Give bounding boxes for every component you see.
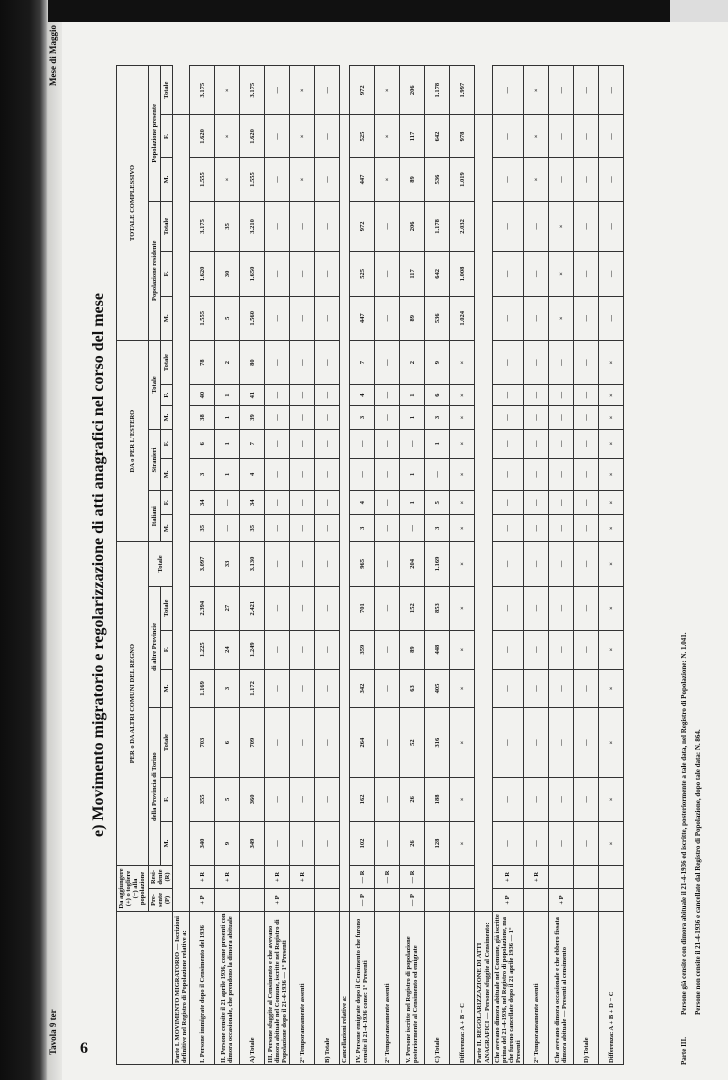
value-cell: × — [549, 296, 574, 340]
value-cell: — — [574, 669, 599, 708]
value-cell: — — [492, 66, 524, 115]
value-cell: 264 — [350, 708, 375, 778]
value-cell: 40 — [190, 385, 215, 406]
col-m: M. — [160, 158, 172, 201]
col-m: M. — [160, 406, 172, 430]
value-cell: 3 — [425, 515, 450, 542]
value-cell: 6 — [425, 385, 450, 406]
value-cell: — — [524, 669, 549, 708]
value-cell: × — [524, 66, 549, 115]
value-cell: — — [265, 429, 290, 458]
value-cell: 1 — [215, 406, 240, 430]
sign-presente — [240, 889, 265, 912]
col-m: M. — [160, 515, 172, 542]
value-cell: 2.421 — [240, 586, 265, 630]
value-cell: 39 — [240, 406, 265, 430]
value-cell: — — [524, 458, 549, 491]
value-cell: × — [375, 66, 400, 115]
value-cell: 26 — [400, 821, 425, 865]
row-label: Parte I. MOVIMENTO MIGRATORIO — Iscrizio… — [172, 912, 189, 1065]
value-cell: 3.175 — [190, 201, 215, 252]
footnote-label: Parte III. — [680, 1037, 688, 1065]
value-cell: — — [524, 542, 549, 586]
book-binding — [0, 0, 48, 1080]
value-cell: — — [574, 458, 599, 491]
page-gutter — [48, 22, 62, 1080]
value-cell: — — [290, 296, 315, 340]
col-f: F. — [160, 385, 172, 406]
value-cell: 204 — [400, 542, 425, 586]
value-cell: 152 — [400, 586, 425, 630]
value-cell: 6 — [215, 708, 240, 778]
value-cell: — — [492, 586, 524, 630]
value-cell: — — [492, 158, 524, 201]
sign-residente — [315, 866, 340, 889]
value-cell: 7 — [350, 340, 375, 384]
value-cell: 1 — [215, 458, 240, 491]
value-cell: — — [290, 669, 315, 708]
value-cell: × — [215, 158, 240, 201]
value-cell: 206 — [400, 201, 425, 252]
sign-presente — [450, 889, 475, 912]
sign-presente: — P — [350, 889, 375, 912]
value-cell: — — [400, 429, 425, 458]
value-cell: 117 — [400, 252, 425, 296]
value-cell: 1.178 — [425, 201, 450, 252]
value-cell: × — [450, 340, 475, 384]
value-cell: — — [492, 385, 524, 406]
value-cell: × — [599, 458, 624, 491]
value-cell: — — [492, 515, 524, 542]
value-cell: 35 — [215, 201, 240, 252]
row-label: B) Totale — [315, 912, 340, 1065]
value-cell: 3.130 — [240, 542, 265, 586]
value-cell: 342 — [350, 669, 375, 708]
value-cell: 3 — [215, 669, 240, 708]
value-cell: — — [290, 340, 315, 384]
value-cell: × — [599, 777, 624, 821]
value-cell: — — [265, 491, 290, 515]
value-cell: — — [524, 708, 549, 778]
value-cell: — — [290, 201, 315, 252]
value-cell: × — [450, 586, 475, 630]
row-label: Che avevano dimora abituale nel Comune, … — [492, 912, 524, 1065]
month-label: Mese di Maggio — [48, 25, 58, 86]
value-cell: × — [290, 66, 315, 115]
value-cell: — — [315, 158, 340, 201]
value-cell: 642 — [425, 252, 450, 296]
value-cell: — — [265, 542, 290, 586]
complessivo-header: TOTALE COMPLESSIVO — [117, 66, 149, 341]
value-cell: — — [350, 458, 375, 491]
sign-presente — [215, 889, 240, 912]
value-cell: 447 — [350, 296, 375, 340]
value-cell: 360 — [240, 777, 265, 821]
value-cell: — — [524, 385, 549, 406]
sign-presente: + P — [265, 889, 290, 912]
value-cell: — — [290, 586, 315, 630]
value-cell: 447 — [350, 158, 375, 201]
sign-residente — [425, 866, 450, 889]
value-cell: × — [450, 777, 475, 821]
stranieri-header: Stranieri — [148, 429, 160, 490]
value-cell: — — [492, 201, 524, 252]
value-cell: — — [549, 586, 574, 630]
value-cell: — — [375, 630, 400, 669]
value-cell: — — [574, 296, 599, 340]
value-cell: — — [290, 458, 315, 491]
value-cell: 525 — [350, 115, 375, 158]
value-cell: — — [375, 708, 400, 778]
value-cell: — — [290, 777, 315, 821]
sign-presente — [574, 889, 599, 912]
value-cell: × — [215, 66, 240, 115]
value-cell: — — [315, 777, 340, 821]
value-cell: — — [315, 385, 340, 406]
col-m: M. — [160, 821, 172, 865]
value-cell: 1.650 — [240, 252, 265, 296]
col-f: F. — [160, 630, 172, 669]
sign-residente: — R — [350, 866, 375, 889]
value-cell: 1 — [215, 429, 240, 458]
value-cell: — — [549, 66, 574, 115]
row-label: Cancellazioni relative a: — [340, 912, 350, 1065]
value-cell: × — [524, 115, 549, 158]
value-cell: 2.032 — [450, 201, 475, 252]
value-cell: × — [549, 201, 574, 252]
value-cell: — — [265, 296, 290, 340]
value-cell: — — [375, 296, 400, 340]
value-cell: — — [265, 669, 290, 708]
value-cell: 78 — [190, 340, 215, 384]
sign-residente: + R — [215, 866, 240, 889]
value-cell: — — [549, 515, 574, 542]
value-cell: — — [599, 252, 624, 296]
value-cell: 4 — [350, 491, 375, 515]
value-cell: — — [290, 630, 315, 669]
value-cell: 525 — [350, 252, 375, 296]
page-title: e) Movimento migratorio e regolarizzazio… — [90, 65, 108, 1065]
table-row: II. Persone censite il 21 aprile 1936, c… — [215, 66, 240, 1065]
value-cell: — — [574, 491, 599, 515]
altre-prov-header: di altre Provincie — [148, 586, 160, 708]
value-cell: — — [315, 340, 340, 384]
value-cell: — — [290, 515, 315, 542]
sign-residente: + R — [524, 866, 549, 889]
table-row: IV. Persone emigrate dopo il Censimento … — [350, 66, 375, 1065]
value-cell: — — [574, 542, 599, 586]
value-cell: — — [549, 630, 574, 669]
table-row: III. Persone sfuggite al Censimento e ch… — [265, 66, 290, 1065]
value-cell: — — [492, 296, 524, 340]
value-cell: — — [315, 66, 340, 115]
value-cell: — — [549, 406, 574, 430]
sign-presente — [524, 889, 549, 912]
value-cell: 701 — [350, 586, 375, 630]
value-cell: 5 — [215, 296, 240, 340]
value-cell: × — [290, 158, 315, 201]
value-cell: 1 — [425, 429, 450, 458]
value-cell: × — [450, 385, 475, 406]
table-row: A) Totale3493607091.1721.2492.4213.13035… — [240, 66, 265, 1065]
value-cell: — — [400, 515, 425, 542]
value-cell: 1.620 — [190, 252, 215, 296]
value-cell: — — [524, 252, 549, 296]
rotated-table-area: Tavola 9 ter Mese di Maggio e) Movimento… — [90, 65, 728, 1065]
value-cell: — — [265, 777, 290, 821]
value-cell: — — [599, 115, 624, 158]
value-cell: 703 — [190, 708, 215, 778]
value-cell: × — [450, 821, 475, 865]
value-cell: 34 — [190, 491, 215, 515]
value-cell: — — [524, 429, 549, 458]
row-label: D) Totale — [574, 912, 599, 1065]
sign-residente: — R — [400, 866, 425, 889]
footnote-line-2: Persone non censite il 21-4-1936 e cance… — [694, 729, 702, 1015]
value-cell: — — [574, 66, 599, 115]
value-cell: — — [599, 158, 624, 201]
value-cell: — — [315, 708, 340, 778]
value-cell: — — [425, 458, 450, 491]
value-cell: 405 — [425, 669, 450, 708]
value-cell: 4 — [240, 458, 265, 491]
value-cell: 355 — [190, 777, 215, 821]
value-cell: — — [549, 491, 574, 515]
value-cell: — — [524, 201, 549, 252]
sign-presente — [315, 889, 340, 912]
value-cell: — — [524, 515, 549, 542]
value-cell: — — [290, 406, 315, 430]
value-cell: — — [574, 630, 599, 669]
value-cell: — — [265, 158, 290, 201]
value-cell: — — [375, 669, 400, 708]
table-row: Che avevano dimora occasionale e che ebb… — [549, 66, 574, 1065]
value-cell: — — [265, 201, 290, 252]
value-cell: 1.620 — [240, 115, 265, 158]
value-cell: × — [450, 406, 475, 430]
value-cell: — — [574, 708, 599, 778]
row-label: A) Totale — [240, 912, 265, 1065]
row-label: III. Persone sfuggite al Censimento e ch… — [265, 912, 290, 1065]
value-cell: — — [524, 340, 549, 384]
value-cell: — — [290, 429, 315, 458]
italiani-header: Italiani — [148, 491, 160, 542]
sign-residente: + R — [492, 866, 524, 889]
value-cell: — — [290, 708, 315, 778]
value-cell: 316 — [425, 708, 450, 778]
value-cell: — — [524, 491, 549, 515]
col-m: M. — [160, 296, 172, 340]
value-cell: × — [599, 340, 624, 384]
row-label: C) Totale — [425, 912, 450, 1065]
value-cell: — — [574, 385, 599, 406]
value-cell: 117 — [400, 115, 425, 158]
sign-residente: — R — [375, 866, 400, 889]
value-cell: 1.019 — [450, 158, 475, 201]
migration-table: Da aggiungere (+) o togliere (−) alla po… — [116, 65, 624, 1065]
section-row: Parte II. REGOLARIZZAZIONE DI ATTI ANAGR… — [475, 66, 492, 1065]
value-cell: — — [315, 429, 340, 458]
value-cell: — — [492, 429, 524, 458]
value-cell: 1.620 — [190, 115, 215, 158]
value-cell: 536 — [425, 158, 450, 201]
value-cell: — — [492, 252, 524, 296]
value-cell: — — [315, 515, 340, 542]
value-cell: — — [215, 491, 240, 515]
value-cell: — — [290, 491, 315, 515]
value-cell: 1.008 — [450, 252, 475, 296]
value-cell: 853 — [425, 586, 450, 630]
value-cell: 30 — [215, 252, 240, 296]
value-cell: 6 — [190, 429, 215, 458]
value-cell: — — [375, 458, 400, 491]
value-cell: 1 — [400, 406, 425, 430]
value-cell: 3 — [425, 406, 450, 430]
table-row: Differenza: A + B + D − C××××××××××××××—… — [599, 66, 624, 1065]
sign-residente — [549, 866, 574, 889]
col-f: F. — [160, 491, 172, 515]
presente-header: Pre-sente (P) — [148, 889, 172, 912]
value-cell: — — [549, 115, 574, 158]
value-cell: 5 — [215, 777, 240, 821]
value-cell: 162 — [350, 777, 375, 821]
value-cell: — — [492, 630, 524, 669]
table-row: V. Persone iscritte nel Registro di popo… — [400, 66, 425, 1065]
sign-residente: + R — [190, 866, 215, 889]
value-cell: × — [450, 491, 475, 515]
sign-residente — [450, 866, 475, 889]
value-cell: — — [315, 821, 340, 865]
value-cell: — — [549, 158, 574, 201]
value-cell: — — [375, 821, 400, 865]
value-cell: — — [492, 115, 524, 158]
value-cell: 359 — [350, 630, 375, 669]
value-cell: — — [265, 708, 290, 778]
value-cell: — — [574, 252, 599, 296]
value-cell: 1.169 — [425, 542, 450, 586]
sign-residente — [574, 866, 599, 889]
value-cell: 1.555 — [240, 158, 265, 201]
col-m: M. — [160, 458, 172, 491]
value-cell: — — [492, 542, 524, 586]
value-cell: — — [315, 669, 340, 708]
value-cell: 188 — [425, 777, 450, 821]
regno-header: PER o DA ALTRI COMUNI DEL REGNO — [117, 542, 149, 866]
value-cell: 89 — [400, 630, 425, 669]
value-cell: 9 — [425, 340, 450, 384]
value-cell: — — [574, 340, 599, 384]
scan-top-edge — [0, 0, 728, 22]
value-cell: 349 — [240, 821, 265, 865]
value-cell: — — [290, 252, 315, 296]
value-cell: × — [450, 542, 475, 586]
value-cell: — — [290, 542, 315, 586]
value-cell: × — [375, 158, 400, 201]
value-cell: — — [599, 296, 624, 340]
value-cell: — — [315, 586, 340, 630]
row-label: 2° Temporaneamente assenti — [290, 912, 315, 1065]
value-cell: 102 — [350, 821, 375, 865]
row-label: 2° Temporaneamente assenti — [524, 912, 549, 1065]
row-label: Parte II. REGOLARIZZAZIONE DI ATTI ANAGR… — [475, 912, 492, 1065]
value-cell: 1.024 — [450, 296, 475, 340]
value-cell: — — [524, 821, 549, 865]
value-cell: — — [549, 340, 574, 384]
value-cell: — — [265, 385, 290, 406]
value-cell: 89 — [400, 158, 425, 201]
table-body: Parte I. MOVIMENTO MIGRATORIO — Iscrizio… — [172, 66, 623, 1065]
col-t: Totale — [160, 708, 172, 778]
value-cell: — — [315, 296, 340, 340]
table-row: D) Totale———————————————————— — [574, 66, 599, 1065]
value-cell: 24 — [215, 630, 240, 669]
value-cell: — — [574, 515, 599, 542]
value-cell: 1.178 — [425, 66, 450, 115]
sign-presente — [375, 889, 400, 912]
value-cell: × — [599, 708, 624, 778]
sign-residente — [240, 866, 265, 889]
row-label: Differenza: A + B − C — [450, 912, 475, 1065]
value-cell: — — [549, 777, 574, 821]
value-cell: × — [549, 252, 574, 296]
value-cell: × — [450, 458, 475, 491]
value-cell: 1 — [400, 458, 425, 491]
value-cell: 4 — [350, 385, 375, 406]
value-cell: 89 — [400, 296, 425, 340]
value-cell: 642 — [425, 115, 450, 158]
col-f: F. — [160, 115, 172, 158]
value-cell: 1.225 — [190, 630, 215, 669]
value-cell: — — [492, 340, 524, 384]
value-cell: — — [315, 542, 340, 586]
value-cell: 1 — [400, 491, 425, 515]
value-cell: — — [315, 458, 340, 491]
pop-residente-header: Popolazione residente — [148, 201, 160, 340]
value-cell: — — [492, 821, 524, 865]
value-cell: × — [450, 708, 475, 778]
value-cell: — — [549, 542, 574, 586]
sign-presente: + P — [492, 889, 524, 912]
value-cell: — — [265, 66, 290, 115]
value-cell: 26 — [400, 777, 425, 821]
value-cell: — — [492, 406, 524, 430]
value-cell: — — [574, 821, 599, 865]
value-cell: — — [265, 340, 290, 384]
col-f: F. — [160, 429, 172, 458]
value-cell: — — [265, 115, 290, 158]
col-t: Totale — [160, 586, 172, 630]
sign-presente: + P — [549, 889, 574, 912]
value-cell: — — [574, 201, 599, 252]
col-t: Totale — [160, 201, 172, 252]
sign-residente — [599, 866, 624, 889]
value-cell: 3.175 — [190, 66, 215, 115]
value-cell: — — [574, 777, 599, 821]
value-cell: — — [265, 458, 290, 491]
value-cell: × — [599, 669, 624, 708]
value-cell: × — [450, 630, 475, 669]
value-cell: — — [265, 821, 290, 865]
value-cell: × — [215, 115, 240, 158]
label-header — [117, 912, 173, 1065]
sign-group-header: Da aggiungere (+) o togliere (−) alla po… — [117, 866, 149, 912]
value-cell: 1 — [400, 385, 425, 406]
value-cell: — — [375, 406, 400, 430]
row-label: IV. Persone emigrate dopo il Censimento … — [350, 912, 375, 1065]
value-cell: — — [375, 201, 400, 252]
value-cell: 52 — [400, 708, 425, 778]
value-cell: 1.555 — [190, 158, 215, 201]
